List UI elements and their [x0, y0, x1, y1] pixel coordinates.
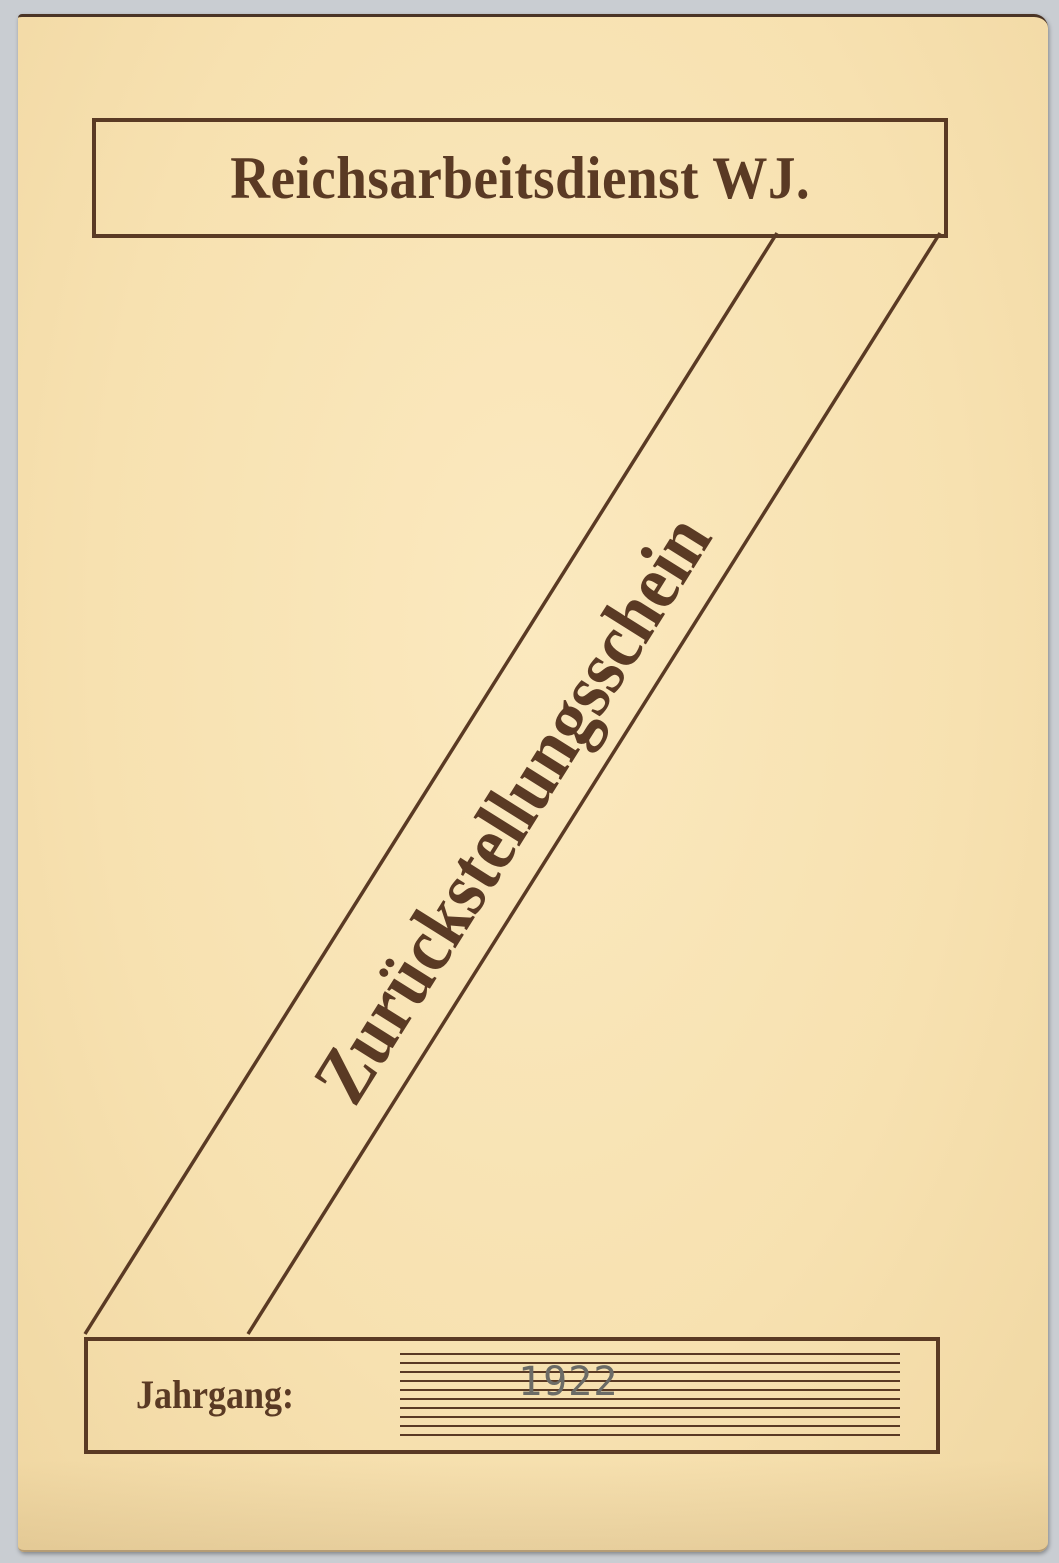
field-rule — [400, 1362, 900, 1364]
year-value: 1922 — [518, 1359, 618, 1405]
header-title: Reichsarbeitsdienst WJ. — [230, 144, 810, 213]
field-rule — [400, 1434, 900, 1436]
field-rule — [400, 1425, 900, 1427]
field-rule — [400, 1416, 900, 1418]
year-box: Jahrgang: 1922 — [84, 1337, 940, 1454]
field-rule — [400, 1407, 900, 1409]
field-rule — [400, 1389, 900, 1391]
year-field: 1922 — [400, 1353, 900, 1439]
year-label: Jahrgang: — [136, 1371, 294, 1418]
field-rule — [400, 1398, 900, 1400]
header-box: Reichsarbeitsdienst WJ. — [92, 118, 948, 238]
field-rule — [400, 1380, 900, 1382]
field-rule — [400, 1353, 900, 1355]
field-rule — [400, 1371, 900, 1373]
